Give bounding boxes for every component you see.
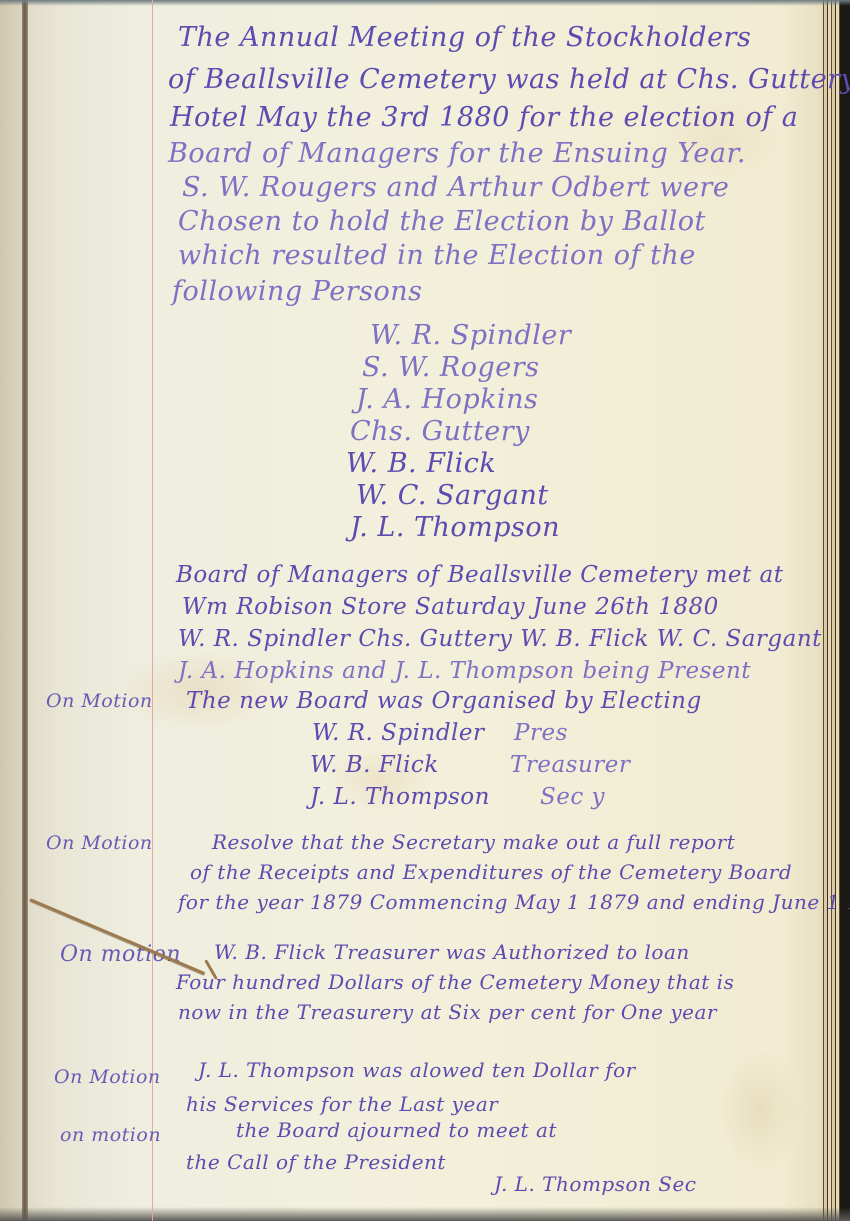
board-line-3: W. R. Spindler Chs. Guttery W. B. Flick … [178,626,822,652]
annual-line-6: Chosen to hold the Election by Ballot [178,206,706,237]
board-line-5: The new Board was Organised by Electing [186,688,702,714]
motion-line: for the year 1879 Commencing May 1 1879 … [178,890,850,914]
officer-name: J. L. Thompson [310,784,490,810]
officer-title: Sec y [540,784,605,810]
annual-line-7: which resulted in the Election of the [178,240,696,271]
annual-line-3: Hotel May the 3rd 1880 for the election … [170,102,798,133]
motion-line: J. L. Thompson was alowed ten Dollar for [198,1058,636,1082]
binding-shadow [0,0,22,1221]
annual-line-4: Board of Managers for the Ensuing Year. [168,138,746,169]
annual-line-1: The Annual Meeting of the Stockholders [178,22,751,53]
motion-line: his Services for the Last year [186,1092,498,1116]
bottom-edge-shadow [0,1207,850,1221]
motion-line: Resolve that the Secretary make out a fu… [212,830,735,854]
board-line-2: Wm Robison Store Saturday June 26th 1880 [182,594,719,620]
secretary-signature: J. L. Thompson Sec [494,1172,697,1196]
motion-line: the Call of the President [186,1150,446,1174]
motion-line: the Board ajourned to meet at [236,1118,557,1142]
officer-title: Pres [514,720,568,746]
annual-line-5: S. W. Rougers and Arthur Odbert were [182,172,729,203]
margin-label-on-motion: On Motion [54,1066,161,1088]
board-line-4: J. A. Hopkins and J. L. Thompson being P… [178,658,751,684]
annual-line-8: following Persons [172,276,422,307]
annual-line-2: of Beallsville Cemetery was held at Chs.… [168,64,850,95]
elected-item: Chs. Guttery [350,416,530,447]
officer-name: W. B. Flick [310,752,439,778]
elected-item: W. B. Flick [346,448,496,479]
book-binding [22,0,28,1221]
board-line-1: Board of Managers of Beallsville Cemeter… [176,562,784,588]
elected-item: W. R. Spindler [370,320,571,351]
motion-line: Four hundred Dollars of the Cemetery Mon… [176,970,734,994]
margin-label-on-motion: On Motion [46,832,153,854]
elected-item: J. A. Hopkins [356,384,538,415]
elected-item: W. C. Sargant [356,480,549,511]
motion-line: W. B. Flick Treasurer was Authorized to … [214,940,690,964]
officer-title: Treasurer [510,752,630,778]
book-cover-edge [840,0,850,1221]
margin-rule [152,0,153,1221]
elected-item: J. L. Thompson [350,512,560,543]
elected-item: S. W. Rogers [362,352,540,383]
officer-name: W. R. Spindler [312,720,485,746]
top-edge-shadow [0,0,850,6]
motion-line: now in the Treasurery at Six per cent fo… [178,1000,717,1024]
ledger-page-scan: The Annual Meeting of the Stockholders o… [0,0,850,1221]
margin-label-on-motion: On Motion [46,690,153,712]
margin-label-on-motion: on motion [60,1124,161,1146]
motion-line: of the Receipts and Expenditures of the … [190,860,792,884]
